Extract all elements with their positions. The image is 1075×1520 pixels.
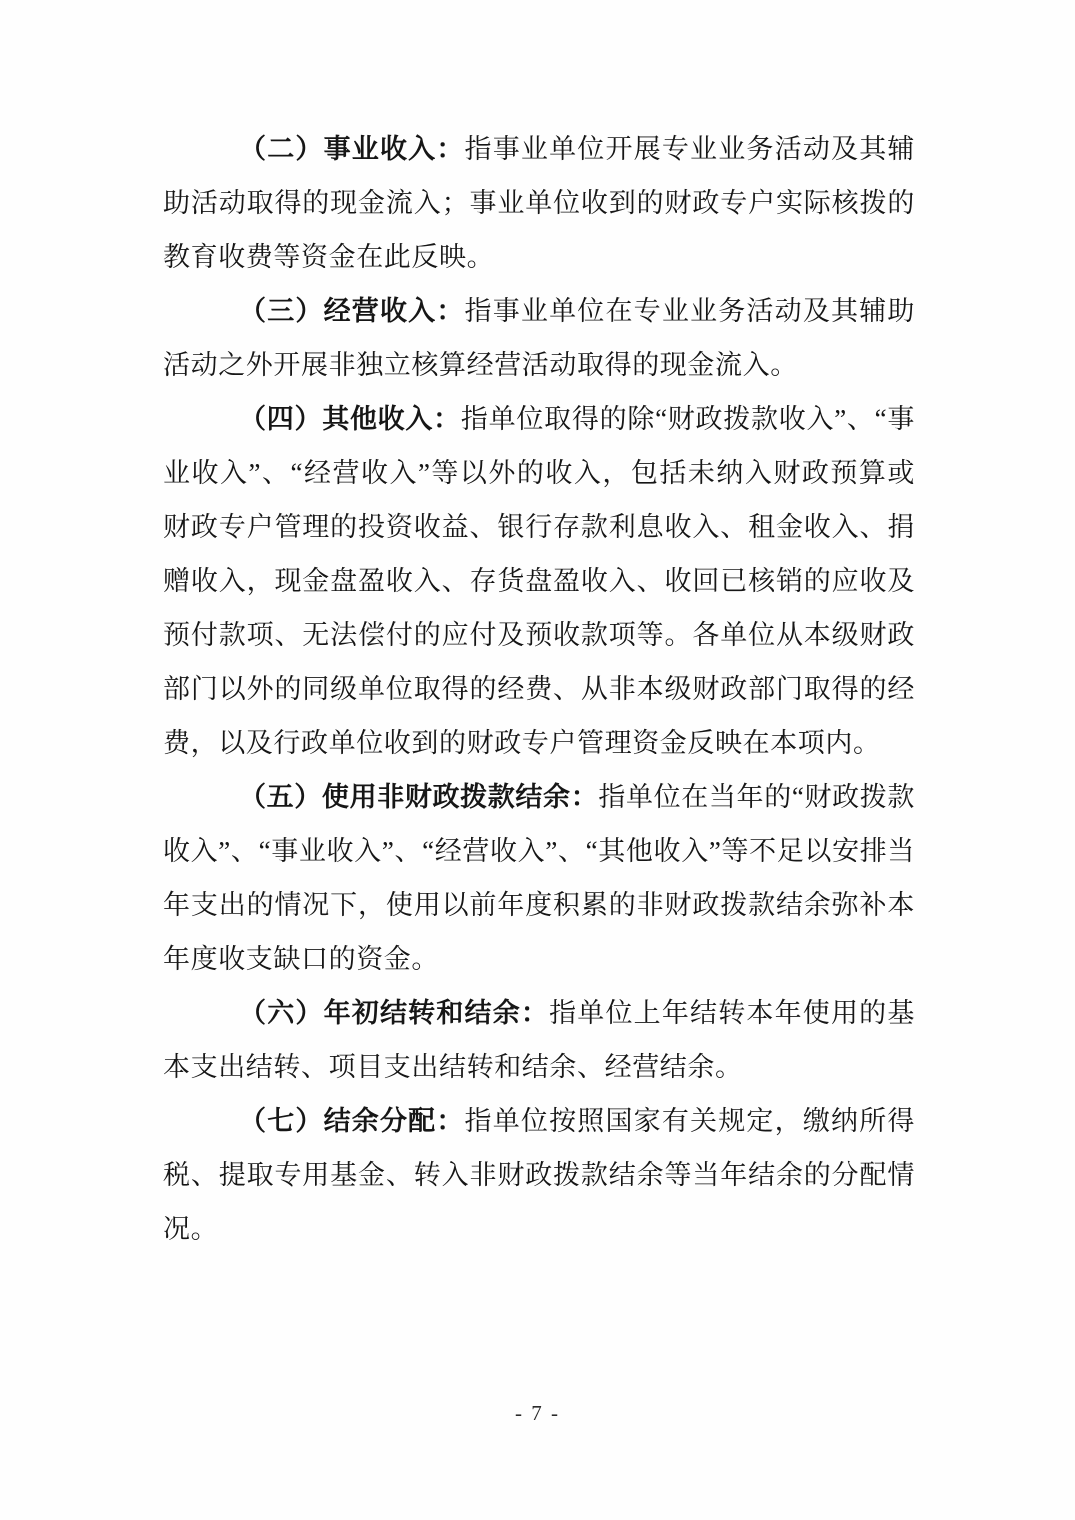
paragraph: （四）其他收入：指单位取得的除“财政拨款收入”、“事业收入”、“经营收入”等以外… (163, 392, 915, 770)
paragraph: （五）使用非财政拨款结余：指单位在当年的“财政拨款收入”、“事业收入”、“经营收… (163, 770, 915, 986)
paragraph-head: （七）结余分配： (239, 1106, 465, 1136)
paragraph-head: （五）使用非财政拨款结余： (239, 782, 598, 812)
paragraph: （三）经营收入：指事业单位在专业业务活动及其辅助活动之外开展非独立核算经营活动取… (163, 284, 915, 392)
document-page: （二）事业收入：指事业单位开展专业业务活动及其辅助活动取得的现金流入；事业单位收… (0, 0, 1075, 1520)
paragraph-head: （二）事业收入： (239, 134, 465, 164)
page-footer: - 7 - (0, 1398, 1075, 1428)
paragraph: （七）结余分配：指单位按照国家有关规定，缴纳所得税、提取专用基金、转入非财政拨款… (163, 1094, 915, 1256)
paragraph-body: 指单位取得的除“财政拨款收入”、“事业收入”、“经营收入”等以外的收入，包括未纳… (163, 404, 915, 758)
page-number: - 7 - (515, 1401, 560, 1425)
document-body: （二）事业收入：指事业单位开展专业业务活动及其辅助活动取得的现金流入；事业单位收… (163, 122, 915, 1256)
paragraph-head: （四）其他收入： (239, 404, 461, 434)
paragraph: （二）事业收入：指事业单位开展专业业务活动及其辅助活动取得的现金流入；事业单位收… (163, 122, 915, 284)
paragraph: （六）年初结转和结余：指单位上年结转本年使用的基本支出结转、项目支出结转和结余、… (163, 986, 915, 1094)
paragraph-head: （六）年初结转和结余： (239, 998, 549, 1028)
paragraph-head: （三）经营收入： (239, 296, 465, 326)
